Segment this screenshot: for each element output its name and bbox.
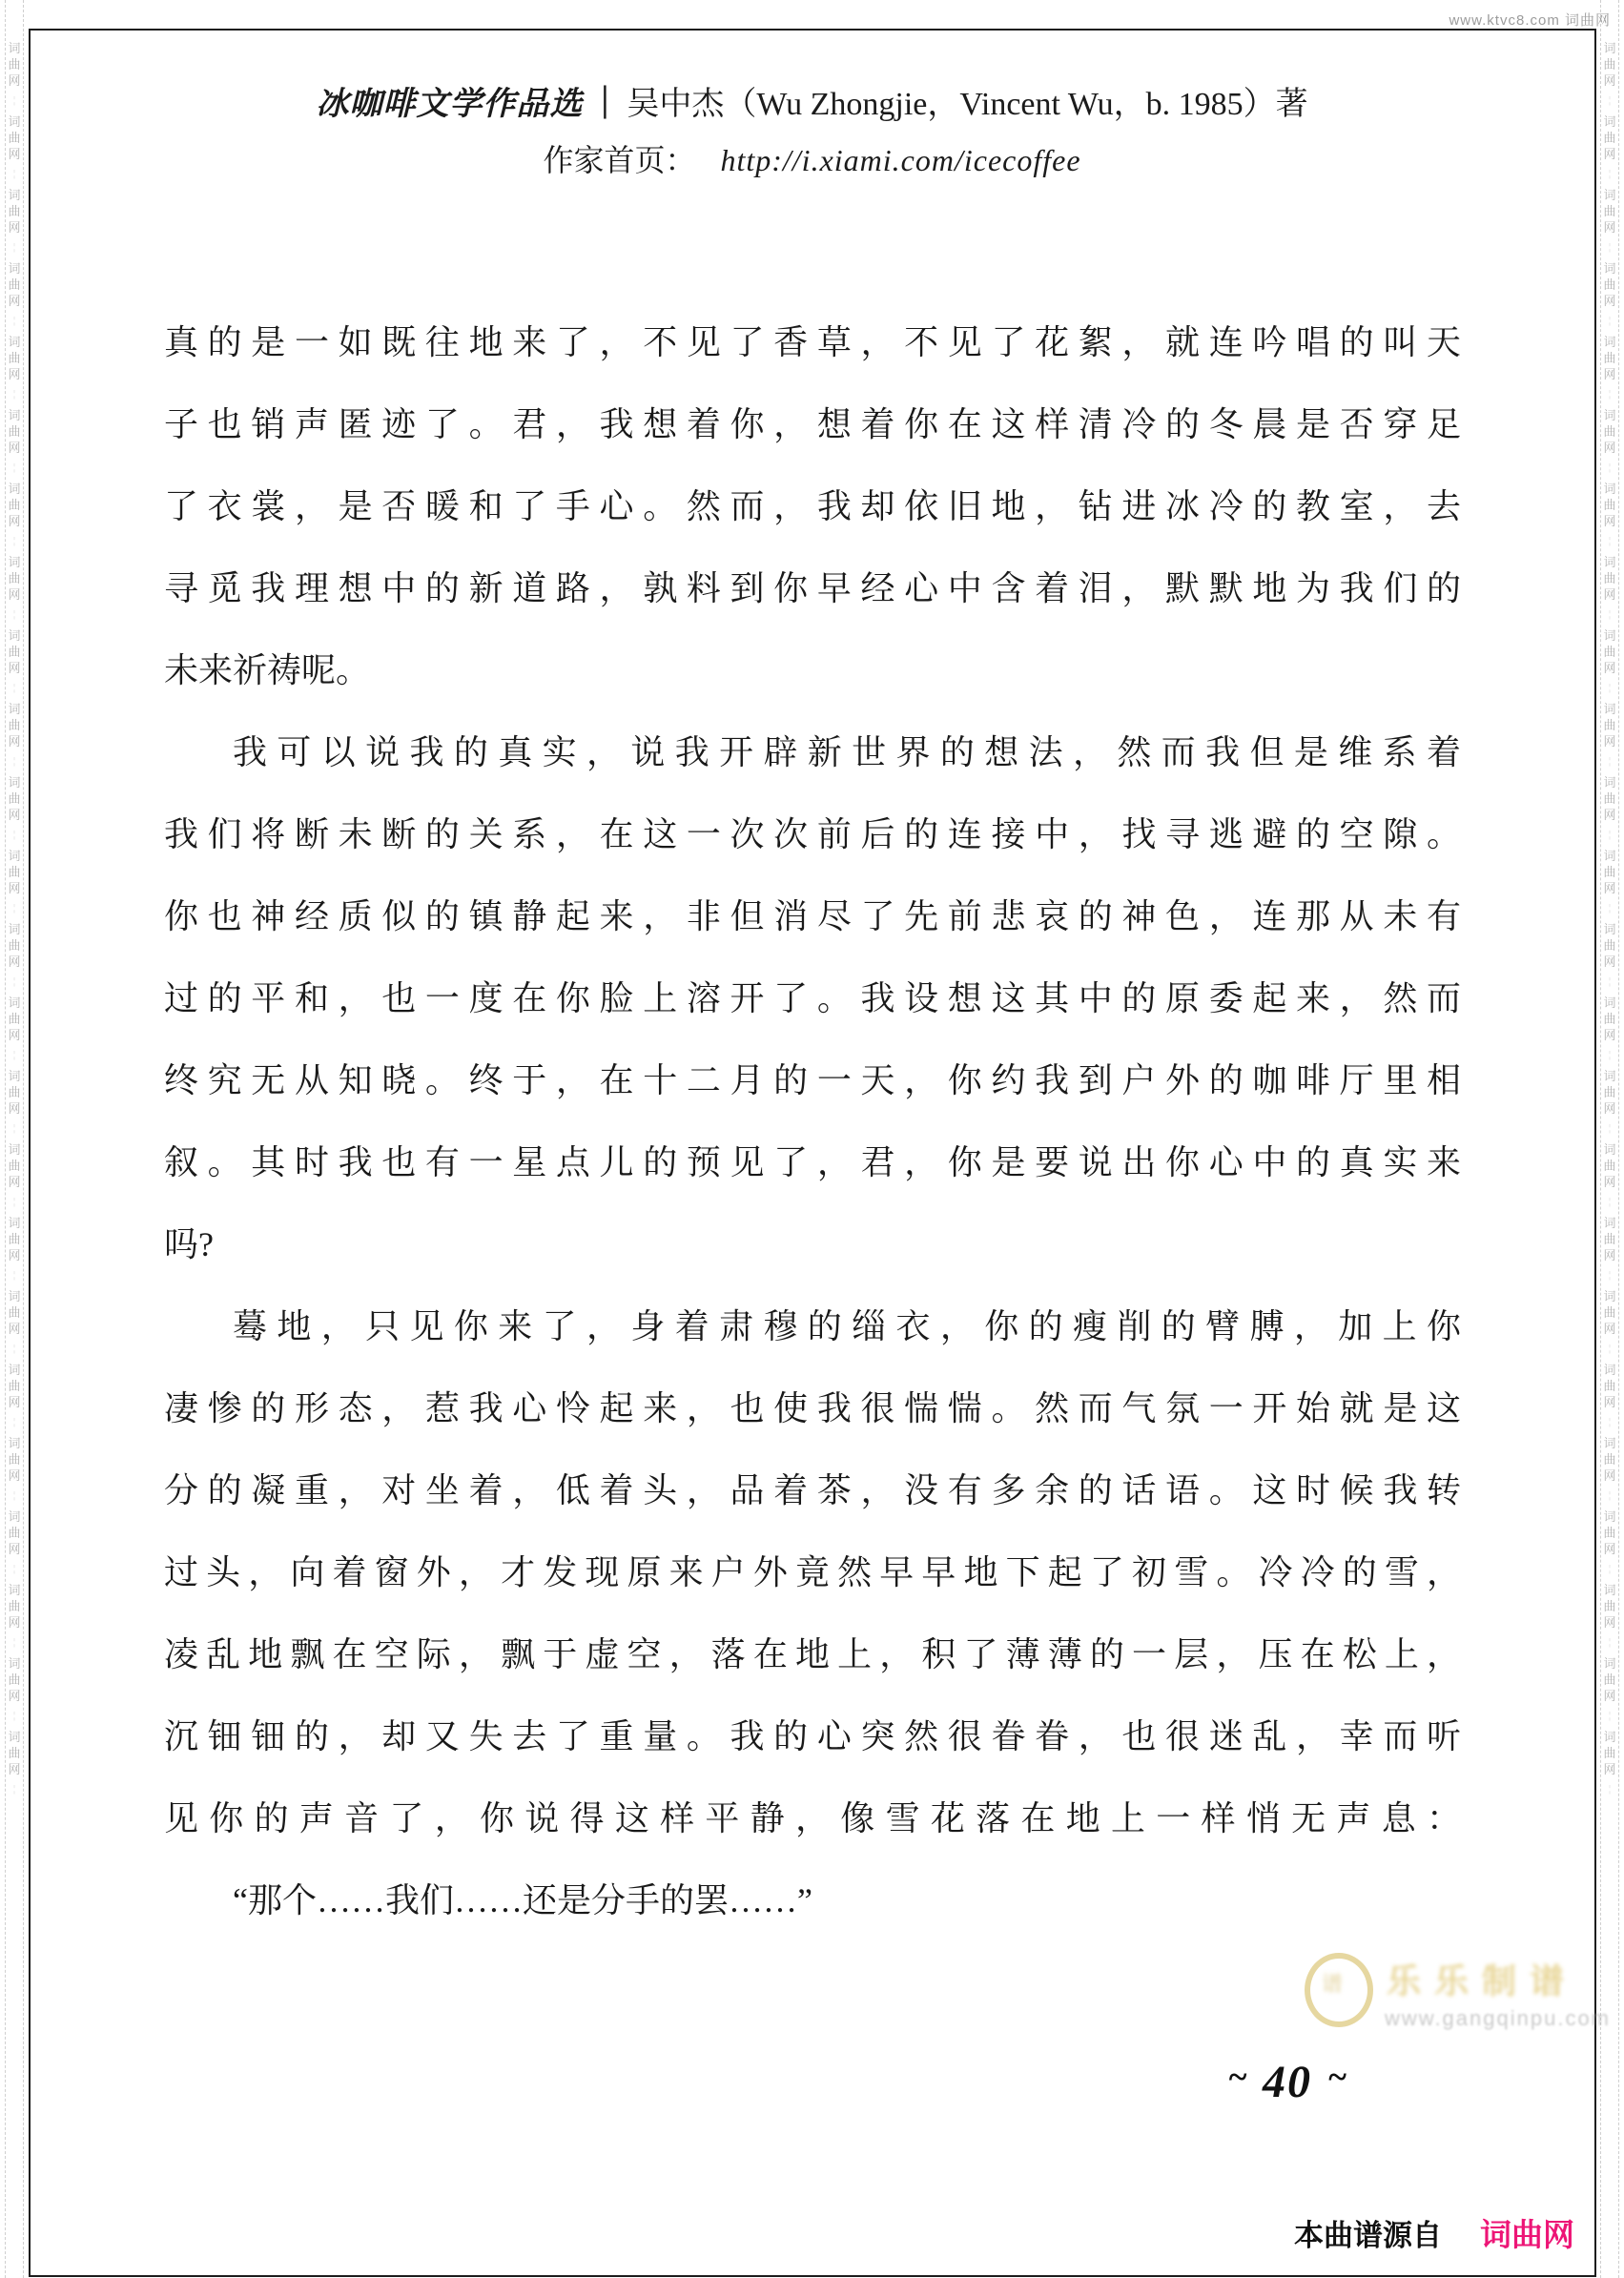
side-watermark-dash: ¦	[1601, 1124, 1618, 1134]
header-title-line: 冰咖啡文学作品选｜吴中杰（Wu Zhongjie，Vincent Wu，b. 1…	[0, 84, 1624, 126]
text-line: 见你的声音了，你说得这样平静，像雪花落在地上一样悄无声息：	[164, 1777, 1461, 1859]
side-watermark-dash: ¦	[1601, 1418, 1618, 1427]
side-watermark-dash: ¦	[6, 610, 23, 620]
page-number-right-tilde: ~	[1327, 2058, 1347, 2096]
text-line: 子也销声匿迹了。君，我想着你，想着你在这样清冷的冬晨是否穿足	[164, 383, 1461, 465]
side-watermark-text: 词曲网	[6, 1288, 23, 1337]
side-watermark-text: 词曲网	[6, 1655, 23, 1704]
side-watermark-text: 词曲网	[1601, 407, 1618, 456]
side-watermark-dash: ¦	[6, 831, 23, 840]
top-right-site-watermark: www.ktvc8.com 词曲网	[1449, 10, 1611, 30]
side-watermark-text: 词曲网	[6, 1215, 23, 1263]
side-watermark-dash: ¦	[1601, 610, 1618, 620]
side-watermark-text: 词曲网	[1601, 701, 1618, 749]
side-watermark-dash: ¦	[6, 904, 23, 913]
side-watermark-text: 词曲网	[1601, 1582, 1618, 1631]
side-watermark-text: 词曲网	[1601, 1508, 1618, 1557]
text-line: 凄惨的形态，惹我心怜起来，也使我很惴惴。然而气氛一开始就是这	[164, 1367, 1461, 1449]
side-watermark-text: 词曲网	[1601, 187, 1618, 236]
side-watermark-dash: ¦	[1601, 977, 1618, 987]
side-watermark-text: 词曲网	[6, 260, 23, 309]
faint-logo-watermark: 谱 乐乐制谱 www.gangqinpu.com	[1305, 1947, 1591, 2042]
side-watermark-text: 词曲网	[1601, 921, 1618, 970]
header-homepage-line: 作家首页：http://i.xiami.com/icecoffee	[0, 139, 1624, 181]
homepage-url: http://i.xiami.com/icecoffee	[720, 143, 1080, 177]
author-name: 吴中杰（Wu Zhongjie，Vincent Wu，b. 1985）著	[627, 87, 1307, 122]
side-watermark-dash: ¦	[6, 317, 23, 326]
text-line: 终究无从知晓。终于，在十二月的一天，你约我到户外的咖啡厅里相	[164, 1039, 1461, 1121]
side-watermark-dash: ¦	[1601, 1491, 1618, 1501]
side-watermark-dash: ¦	[6, 243, 23, 253]
collection-title: 冰咖啡文学作品选	[316, 87, 583, 122]
text-line: 真的是一如既往地来了，不见了香草，不见了花絮，就连吟唱的叫天	[164, 301, 1461, 383]
side-watermark-text: 词曲网	[6, 627, 23, 676]
text-line: 你也神经质似的镇静起来，非但消尽了先前悲哀的神色，连那从未有	[164, 875, 1461, 957]
side-watermark-text: 词曲网	[6, 554, 23, 603]
text-line: 未来祈祷呢。	[164, 629, 1461, 711]
side-watermark-dash: ¦	[6, 1785, 23, 1795]
logo-ring-glyph: 谱	[1322, 1968, 1343, 1998]
page-number: ~40~	[1197, 2056, 1378, 2108]
side-watermark-dash: ¦	[6, 1271, 23, 1281]
text-line: 沉钿钿的，却又失去了重量。我的心突然很眷眷，也很迷乱，幸而听	[164, 1695, 1461, 1777]
side-watermark-text: 词曲网	[1601, 848, 1618, 896]
title-separator: ｜	[588, 87, 621, 122]
story-body-text: 真的是一如既往地来了，不见了香草，不见了花絮，就连吟唱的叫天子也销声匿迹了。君，…	[164, 301, 1461, 1941]
side-watermark-dash: ¦	[6, 463, 23, 473]
side-watermark-dash: ¦	[6, 537, 23, 546]
side-watermark-text: 词曲网	[6, 1141, 23, 1190]
side-watermark-text: 词曲网	[1601, 481, 1618, 529]
side-watermark-text: 词曲网	[6, 1729, 23, 1777]
text-line: 我可以说我的真实，说我开辟新世界的想法，然而我但是维系着	[164, 711, 1461, 793]
side-watermark-dash: ¦	[1601, 463, 1618, 473]
side-watermark-text: 词曲网	[6, 407, 23, 456]
side-watermark-dash: ¦	[1601, 1565, 1618, 1574]
side-watermark-dash: ¦	[1601, 684, 1618, 693]
logo-text: 乐乐制谱	[1387, 1955, 1577, 2003]
side-watermark-text: 词曲网	[6, 995, 23, 1043]
side-watermark-dash: ¦	[6, 977, 23, 987]
side-watermark-dash: ¦	[6, 1344, 23, 1354]
side-watermark-dash: ¦	[6, 1198, 23, 1207]
side-watermark-dash: ¦	[6, 390, 23, 400]
side-watermark-text: 词曲网	[1601, 1655, 1618, 1704]
side-watermark-dash: ¦	[6, 1491, 23, 1501]
homepage-label: 作家首页：	[543, 143, 695, 177]
text-line: 过的平和，也一度在你脸上溶开了。我设想这其中的原委起来，然而	[164, 957, 1461, 1039]
document-header: 冰咖啡文学作品选｜吴中杰（Wu Zhongjie，Vincent Wu，b. 1…	[0, 84, 1624, 181]
side-watermark-text: 词曲网	[6, 187, 23, 236]
side-watermark-dash: ¦	[1601, 757, 1618, 767]
side-watermark-text: 词曲网	[1601, 334, 1618, 382]
side-watermark-dash: ¦	[1601, 1271, 1618, 1281]
side-watermark-text: 词曲网	[6, 1068, 23, 1117]
side-watermark-text: 词曲网	[6, 848, 23, 896]
side-watermark-text: 词曲网	[6, 40, 23, 89]
logo-url-text: www.gangqinpu.com	[1385, 2006, 1611, 2031]
text-line: 叙。其时我也有一星点儿的预见了，君，你是要说出你心中的真实来	[164, 1121, 1461, 1203]
page-number-value: 40	[1263, 2057, 1312, 2107]
page-number-left-tilde: ~	[1227, 2058, 1247, 2096]
side-watermark-text: 词曲网	[1601, 260, 1618, 309]
text-line: 分的凝重，对坐着，低着头，品着茶，没有多余的话语。这时候我转	[164, 1449, 1461, 1531]
footer-source-prefix: 本曲谱源自	[1294, 2211, 1442, 2254]
footer-source-line: 本曲谱源自 词曲网	[1294, 2210, 1574, 2255]
side-watermark-text: 词曲网	[1601, 40, 1618, 89]
side-watermark-text: 词曲网	[1601, 1729, 1618, 1777]
side-watermark-text: 词曲网	[1601, 1435, 1618, 1484]
side-watermark-text: 词曲网	[1601, 995, 1618, 1043]
side-watermark-text: 词曲网	[1601, 1141, 1618, 1190]
side-watermark-dash: ¦	[6, 1712, 23, 1721]
side-watermark-dash: ¦	[6, 1124, 23, 1134]
side-watermark-text: 词曲网	[6, 334, 23, 382]
side-watermark-dash: ¦	[1601, 1344, 1618, 1354]
side-watermark-text: 词曲网	[6, 1582, 23, 1631]
side-watermark-dash: ¦	[6, 1565, 23, 1574]
right-watermark-column: 词曲网¦词曲网¦词曲网¦词曲网¦词曲网¦词曲网¦词曲网¦词曲网¦词曲网¦词曲网¦…	[1600, 0, 1619, 2278]
side-watermark-text: 词曲网	[6, 701, 23, 749]
left-watermark-column: 词曲网¦词曲网¦词曲网¦词曲网¦词曲网¦词曲网¦词曲网¦词曲网¦词曲网¦词曲网¦…	[5, 0, 24, 2278]
side-watermark-dash: ¦	[1601, 1712, 1618, 1721]
text-line: 寻觅我理想中的新道路，孰料到你早经心中含着泪，默默地为我们的	[164, 547, 1461, 629]
side-watermark-dash: ¦	[1601, 390, 1618, 400]
text-line: 过头，向着窗外，才发现原来户外竟然早早地下起了初雪。冷冷的雪，	[164, 1531, 1461, 1613]
text-line: “那个……我们……还是分手的罢……”	[164, 1859, 1461, 1941]
side-watermark-text: 词曲网	[6, 921, 23, 970]
side-watermark-dash: ¦	[1601, 1785, 1618, 1795]
side-watermark-dash: ¦	[6, 684, 23, 693]
side-watermark-text: 词曲网	[1601, 1068, 1618, 1117]
side-watermark-text: 词曲网	[6, 1362, 23, 1410]
side-watermark-dash: ¦	[6, 757, 23, 767]
side-watermark-dash: ¦	[1601, 1198, 1618, 1207]
text-line: 凌乱地飘在空际，飘于虚空，落在地上，积了薄薄的一层，压在松上，	[164, 1613, 1461, 1695]
side-watermark-dash: ¦	[1601, 831, 1618, 840]
footer-source-site: 词曲网	[1480, 2210, 1574, 2255]
side-watermark-dash: ¦	[6, 1418, 23, 1427]
side-watermark-dash: ¦	[1601, 904, 1618, 913]
text-line: 蓦地，只见你来了，身着肃穆的缁衣，你的瘦削的臂膊，加上你	[164, 1285, 1461, 1367]
side-watermark-text: 词曲网	[6, 1508, 23, 1557]
side-watermark-text: 词曲网	[1601, 774, 1618, 823]
side-watermark-dash: ¦	[1601, 537, 1618, 546]
side-watermark-text: 词曲网	[1601, 1362, 1618, 1410]
side-watermark-dash: ¦	[1601, 243, 1618, 253]
text-line: 吗?	[164, 1203, 1461, 1285]
side-watermark-text: 词曲网	[1601, 1288, 1618, 1337]
scanned-document-page: 词曲网¦词曲网¦词曲网¦词曲网¦词曲网¦词曲网¦词曲网¦词曲网¦词曲网¦词曲网¦…	[0, 0, 1624, 2278]
text-line: 了衣裳，是否暖和了手心。然而，我却依旧地，钻进冰冷的教室，去	[164, 465, 1461, 547]
side-watermark-dash: ¦	[1601, 1638, 1618, 1648]
side-watermark-text: 词曲网	[6, 774, 23, 823]
side-watermark-dash: ¦	[1601, 317, 1618, 326]
side-watermark-text: 词曲网	[6, 1435, 23, 1484]
side-watermark-text: 词曲网	[1601, 627, 1618, 676]
side-watermark-text: 词曲网	[1601, 1215, 1618, 1263]
side-watermark-text: 词曲网	[6, 481, 23, 529]
side-watermark-text: 词曲网	[1601, 554, 1618, 603]
side-watermark-dash: ¦	[6, 1051, 23, 1060]
side-watermark-dash: ¦	[6, 1638, 23, 1648]
side-watermark-dash: ¦	[1601, 1051, 1618, 1060]
text-line: 我们将断未断的关系，在这一次次前后的连接中，找寻逃避的空隙。	[164, 793, 1461, 875]
